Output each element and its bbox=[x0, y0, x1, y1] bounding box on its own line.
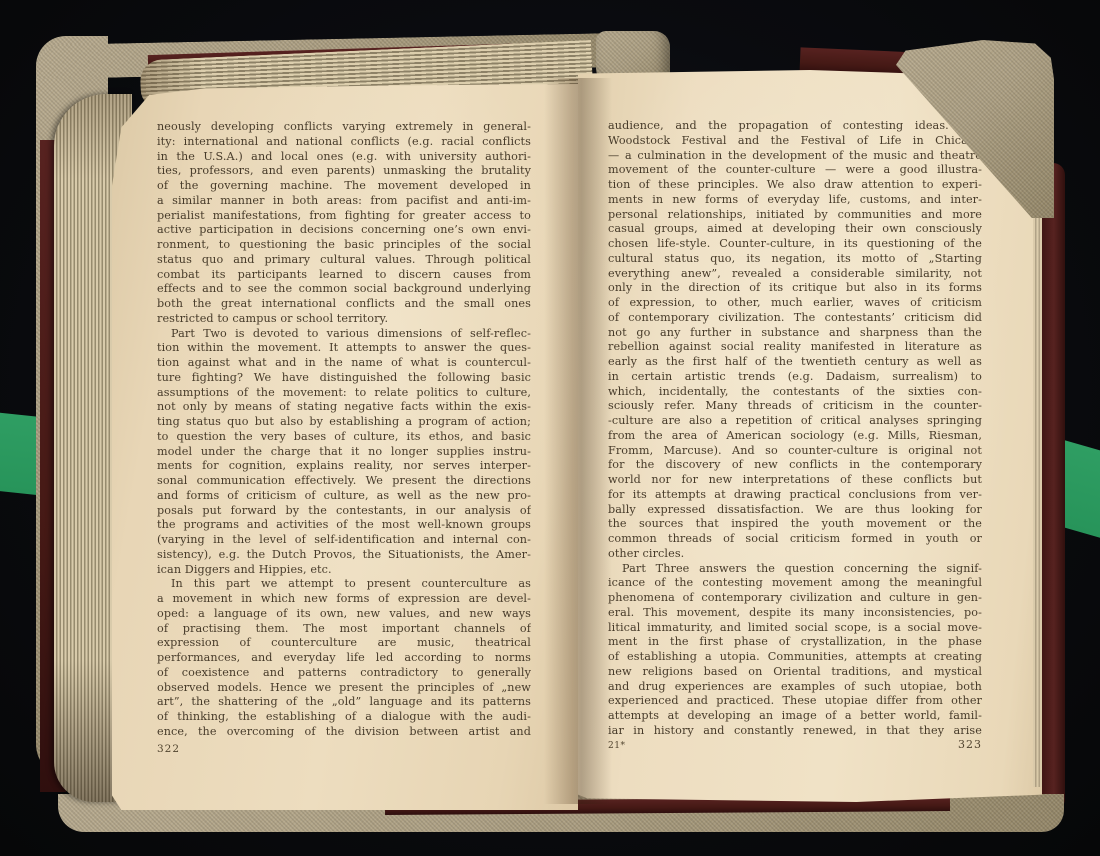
text-line: expression of counterculture are music, … bbox=[157, 636, 531, 651]
text-line: ments in new forms of everyday life, cus… bbox=[608, 193, 982, 208]
text-line: ment in the first phase of crystallizati… bbox=[608, 635, 982, 650]
text-line: and forms of criticism of culture, as we… bbox=[157, 489, 531, 504]
text-line: Woodstock Festival and the Festival of L… bbox=[608, 134, 982, 149]
text-line: for its attempts at drawing practical co… bbox=[608, 488, 982, 503]
text-line: sistency), e.g. the Dutch Provos, the Si… bbox=[157, 548, 531, 563]
text-line: other circles. bbox=[608, 547, 982, 562]
text-line: not only by means of stating negative fa… bbox=[157, 400, 531, 415]
text-line: ting status quo but also by establishing… bbox=[157, 415, 531, 430]
text-line: common threads of social criticism forme… bbox=[608, 532, 982, 547]
text-line: the sources that inspired the youth move… bbox=[608, 517, 982, 532]
left-page-number: 322 bbox=[157, 743, 180, 755]
paragraph: audience, and the propagation of contest… bbox=[608, 119, 982, 562]
text-line: icance of the contesting movement among … bbox=[608, 576, 982, 591]
text-line: ronment, to questioning the basic princi… bbox=[157, 238, 531, 253]
text-line: of establishing a utopia. Communities, a… bbox=[608, 650, 982, 665]
text-line: cultural status quo, its negation, its m… bbox=[608, 252, 982, 267]
right-page: audience, and the propagation of contest… bbox=[578, 70, 1042, 802]
text-line: litical immaturity, and limited social s… bbox=[608, 621, 982, 636]
text-line: ity: international and national conflict… bbox=[157, 135, 531, 150]
text-line: of coexistence and patterns contradictor… bbox=[157, 666, 531, 681]
text-line: status quo and primary cultural values. … bbox=[157, 253, 531, 268]
text-line: chosen life-style. Counter-culture, in i… bbox=[608, 237, 982, 252]
text-line: of contemporary civilization. The contes… bbox=[608, 311, 982, 326]
text-line: world nor for new interpretations of the… bbox=[608, 473, 982, 488]
text-line: active participation in decisions concer… bbox=[157, 223, 531, 238]
text-line: Fromm, Marcuse). And so counter-culture … bbox=[608, 444, 982, 459]
text-line: art”, the shattering of the „old” langua… bbox=[157, 695, 531, 710]
text-line: phenomena of contemporary civilization a… bbox=[608, 591, 982, 606]
text-line: ties, professors, and even parents) unma… bbox=[157, 164, 531, 179]
text-line: casual groups, aimed at developing their… bbox=[608, 222, 982, 237]
text-line: experienced and practiced. These utopiae… bbox=[608, 694, 982, 709]
text-line: -culture are also a repetition of critic… bbox=[608, 414, 982, 429]
text-line: a similar manner in both areas: from pac… bbox=[157, 194, 531, 209]
text-line: Part Two is devoted to various dimension… bbox=[157, 327, 531, 342]
text-line: attempts at developing an image of a bet… bbox=[608, 709, 982, 724]
text-line: sciously refer. Many threads of criticis… bbox=[608, 399, 982, 414]
text-line: from the area of American sociology (e.g… bbox=[608, 429, 982, 444]
text-line: to question the very bases of culture, i… bbox=[157, 430, 531, 445]
paragraph: Part Two is devoted to various dimension… bbox=[157, 327, 531, 578]
text-line: effects and to see the common social bac… bbox=[157, 282, 531, 297]
text-line: perialist manifestations, from fighting … bbox=[157, 209, 531, 224]
text-line: Part Three answers the question concerni… bbox=[608, 562, 982, 577]
text-line: tion against what and in the name of wha… bbox=[157, 356, 531, 371]
text-line: — a culmination in the development of th… bbox=[608, 149, 982, 164]
text-line: of practising them. The most important c… bbox=[157, 622, 531, 637]
text-line: audience, and the propagation of contest… bbox=[608, 119, 982, 134]
right-page-number: 323 bbox=[958, 738, 982, 751]
signature-mark: 21* bbox=[608, 741, 625, 751]
text-line: new religions based on Oriental traditio… bbox=[608, 665, 982, 680]
text-line: and drug experiences are examples of suc… bbox=[608, 680, 982, 695]
text-line: a movement in which new forms of express… bbox=[157, 592, 531, 607]
text-line: sonal communication effectively. We pres… bbox=[157, 474, 531, 489]
text-line: (varying in the level of self-identifica… bbox=[157, 533, 531, 548]
cover-board-fore-edge bbox=[1040, 163, 1065, 811]
text-line: restricted to campus or school territory… bbox=[157, 312, 531, 327]
text-line: which, incidentally, the contestants of … bbox=[608, 385, 982, 400]
text-line: in the U.S.A.) and local ones (e.g. with… bbox=[157, 150, 531, 165]
text-line: combat its participants learned to disce… bbox=[157, 268, 531, 283]
right-page-footer: 21* 323 bbox=[608, 738, 982, 751]
text-line: tion within the movement. It attempts to… bbox=[157, 341, 531, 356]
paragraph: Part Three answers the question concerni… bbox=[608, 562, 982, 739]
left-page-text: neously developing conflicts varying ext… bbox=[157, 120, 531, 740]
text-line: tion of these principles. We also draw a… bbox=[608, 178, 982, 193]
left-page: neously developing conflicts varying ext… bbox=[112, 84, 578, 810]
text-line: oped: a language of its own, new values,… bbox=[157, 607, 531, 622]
text-line: rebellion against social reality manifes… bbox=[608, 340, 982, 355]
text-line: early as the first half of the twentieth… bbox=[608, 355, 982, 370]
text-line: of thinking, the establishing of a dialo… bbox=[157, 710, 531, 725]
photo-background: neously developing conflicts varying ext… bbox=[0, 0, 1100, 856]
text-line: ican Diggers and Hippies, etc. bbox=[157, 563, 531, 578]
text-line: eral. This movement, despite its many in… bbox=[608, 606, 982, 621]
text-line: of the governing machine. The movement d… bbox=[157, 179, 531, 194]
text-line: only in the direction of its critique bu… bbox=[608, 281, 982, 296]
text-line: ture fighting? We have distinguished the… bbox=[157, 371, 531, 386]
right-page-text: audience, and the propagation of contest… bbox=[608, 119, 982, 739]
text-line: assumptions of the movement: to relate p… bbox=[157, 386, 531, 401]
text-line: everything anew”, revealed a considerabl… bbox=[608, 267, 982, 282]
text-line: for the discovery of new conflicts in th… bbox=[608, 458, 982, 473]
text-line: In this part we attempt to present count… bbox=[157, 577, 531, 592]
text-line: personal relationships, initiated by com… bbox=[608, 208, 982, 223]
text-line: ence, the overcoming of the division bet… bbox=[157, 725, 531, 740]
paragraph: In this part we attempt to present count… bbox=[157, 577, 531, 739]
text-line: in certain artistic trends (e.g. Dadaism… bbox=[608, 370, 982, 385]
text-line: both the great international conflicts a… bbox=[157, 297, 531, 312]
text-line: posals put forward by the contestants, i… bbox=[157, 504, 531, 519]
text-line: model under the charge that it no longer… bbox=[157, 445, 531, 460]
text-line: performances, and everyday life led acco… bbox=[157, 651, 531, 666]
text-line: of expression, to other, much earlier, w… bbox=[608, 296, 982, 311]
text-line: neously developing conflicts varying ext… bbox=[157, 120, 531, 135]
text-line: observed models. Hence we present the pr… bbox=[157, 681, 531, 696]
paragraph: neously developing conflicts varying ext… bbox=[157, 120, 531, 327]
text-line: ments for cognition, explains reality, n… bbox=[157, 459, 531, 474]
text-line: iar in history and constantly renewed, i… bbox=[608, 724, 982, 739]
text-line: the programs and activities of the most … bbox=[157, 518, 531, 533]
text-line: not go any further in substance and shar… bbox=[608, 326, 982, 341]
text-line: movement of the counter-culture — were a… bbox=[608, 163, 982, 178]
text-line: bally expressed dissatisfaction. We are … bbox=[608, 503, 982, 518]
